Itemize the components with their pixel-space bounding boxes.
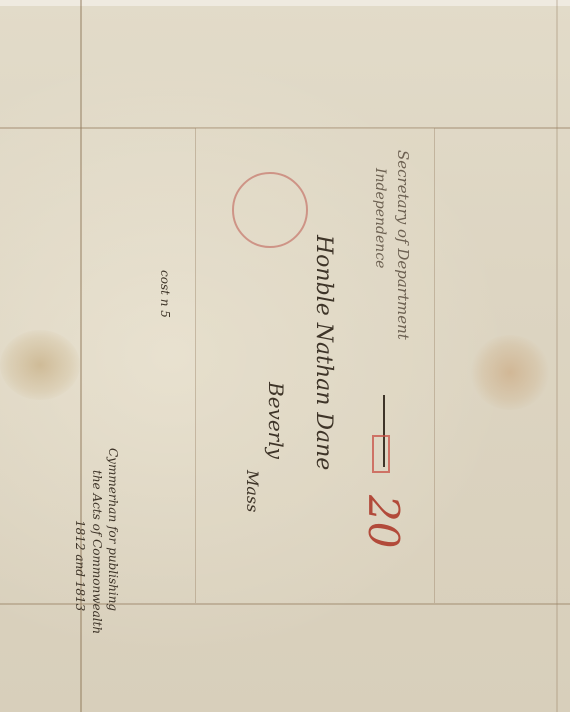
docket-line-3: 1812 and 1813 [73,520,87,611]
address-line-1: Secretary of Department [394,150,412,340]
address-line-5: Mass [243,470,262,512]
margin-note: cost n 5 [158,270,172,318]
letter-sheet: circular red postmark (illegible) Secret… [0,0,570,712]
wax-seal-stain-left [0,330,80,400]
postmark-circle: circular red postmark (illegible) [232,172,308,248]
address-line-4: Beverly [264,382,288,459]
address-line-2: Independence [372,168,388,268]
paper-top-edge [0,0,570,6]
docket-line-2: the Acts of Commonwealth [90,470,104,634]
wax-seal-stain-right [470,335,550,410]
red-box-mark [372,435,390,473]
fold-line-vertical-right [556,0,558,712]
rate-number: 20 [359,495,408,548]
docket-line-1: Cymmerhan for publishing [106,448,120,611]
address-line-3: Honble Nathan Dane [311,235,336,470]
